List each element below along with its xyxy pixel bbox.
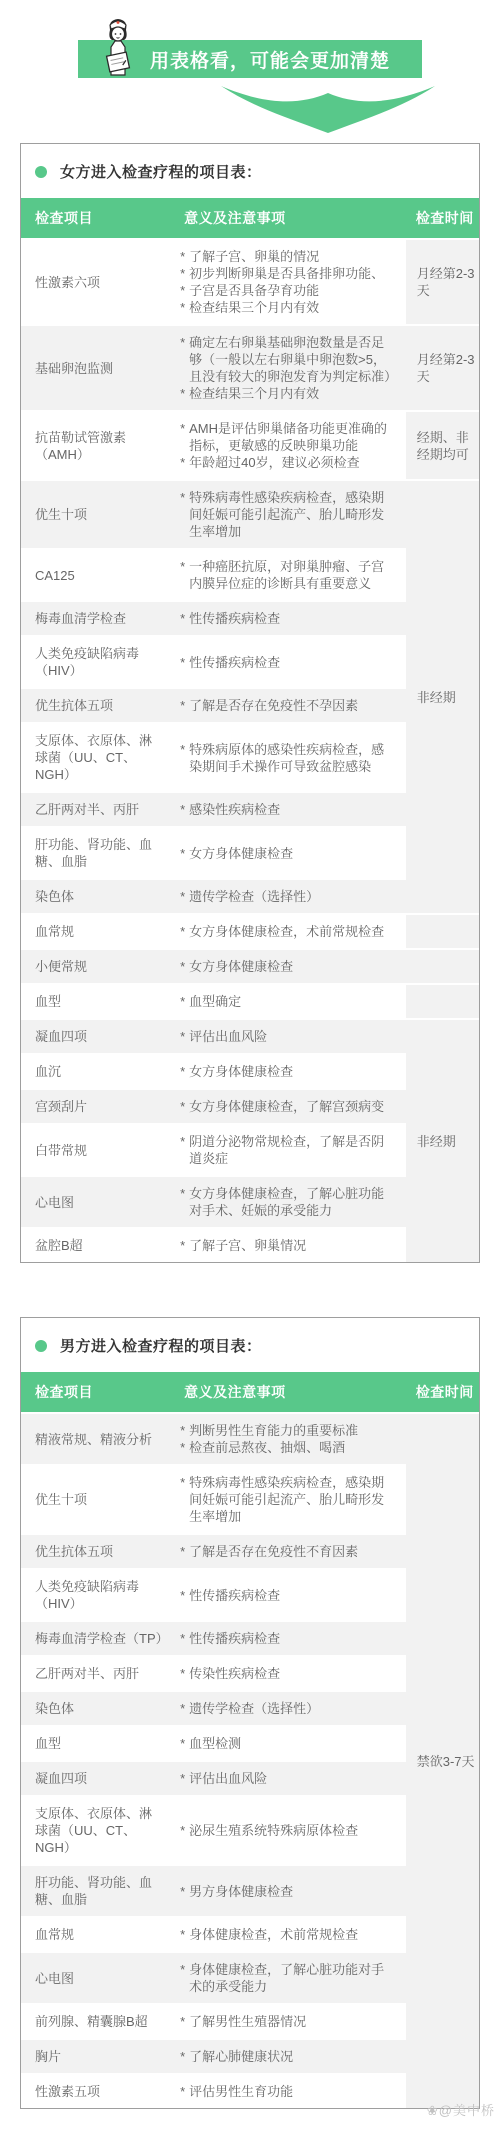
asterisk-marker: * bbox=[176, 1237, 189, 1254]
asterisk-marker: * bbox=[176, 1665, 189, 1682]
exam-item-cell: 血常规 bbox=[21, 914, 172, 949]
exam-item-cell: 基础卵泡监测 bbox=[21, 325, 172, 411]
asterisk-marker: * bbox=[176, 958, 189, 975]
note-text: 特殊病原体的感染性疾病检查，感染期间手术操作可导致盆腔感染 bbox=[189, 741, 396, 775]
notes-cell: *遗传学检查（选择性） bbox=[172, 1691, 406, 1726]
asterisk-marker: * bbox=[176, 1422, 189, 1439]
table-row: 血型*血型确定 bbox=[21, 984, 479, 1019]
column-header: 检查时间 bbox=[406, 1372, 479, 1413]
down-arrow-icon bbox=[218, 80, 438, 138]
banner-ribbon: 用表格看，可能会更加清楚 bbox=[78, 40, 422, 78]
asterisk-marker: * bbox=[176, 385, 189, 402]
asterisk-marker: * bbox=[176, 2048, 189, 2065]
note-text: 性传播疾病检查 bbox=[189, 654, 280, 671]
asterisk-marker: * bbox=[176, 1587, 189, 1604]
asterisk-marker: * bbox=[176, 1700, 189, 1717]
top-banner: 用表格看，可能会更加清楚 bbox=[78, 40, 422, 138]
notes-cell: *阴道分泌物常规检查，了解是否阴道炎症 bbox=[172, 1124, 406, 1176]
time-cell: 月经第2-3天 bbox=[406, 325, 479, 411]
header-row: 检查项目意义及注意事项检查时间 bbox=[21, 1372, 479, 1413]
asterisk-marker: * bbox=[176, 420, 189, 454]
asterisk-marker: * bbox=[176, 1822, 189, 1839]
notes-cell: *AMH是评估卵巢储备功能更准确的指标，更敏感的反映卵巢功能*年龄超过40岁，建… bbox=[172, 411, 406, 480]
note-text: 检查前忌熬夜、抽烟、喝酒 bbox=[189, 1439, 345, 1456]
exam-item-cell: 胸片 bbox=[21, 2039, 172, 2074]
exam-item-cell: 肝功能、肾功能、血糖、血脂 bbox=[21, 1865, 172, 1917]
notes-cell: *判断男性生育能力的重要标准*检查前忌熬夜、抽烟、喝酒 bbox=[172, 1413, 406, 1465]
exam-item-cell: 优生十项 bbox=[21, 480, 172, 549]
watermark-logo-icon: ❀ bbox=[427, 2103, 439, 2118]
footer: ❀@美中桥 bbox=[0, 2109, 500, 2146]
header-row: 检查项目意义及注意事项检查时间 bbox=[21, 198, 479, 239]
notes-cell: *女方身体健康检查，了解心脏功能对手术、妊娠的承受能力 bbox=[172, 1176, 406, 1228]
exam-item-cell: 乙肝两对半、丙肝 bbox=[21, 792, 172, 827]
asterisk-marker: * bbox=[176, 1883, 189, 1900]
notes-cell: *传染性疾病检查 bbox=[172, 1656, 406, 1691]
notes-cell: *女方身体健康检查 bbox=[172, 949, 406, 984]
exam-item-cell: 梅毒血清学检查（TP） bbox=[21, 1621, 172, 1656]
bullet-icon bbox=[35, 1340, 47, 1352]
asterisk-marker: * bbox=[176, 1133, 189, 1167]
exam-item-cell: 小便常规 bbox=[21, 949, 172, 984]
exam-item-cell: 优生十项 bbox=[21, 1465, 172, 1534]
exam-item-cell: 染色体 bbox=[21, 879, 172, 914]
asterisk-marker: * bbox=[176, 845, 189, 862]
exam-item-cell: 血型 bbox=[21, 984, 172, 1019]
notes-cell: *评估男性生育功能 bbox=[172, 2074, 406, 2108]
time-cell: 非经期 bbox=[406, 480, 479, 914]
notes-cell: *性传播疾病检查 bbox=[172, 601, 406, 636]
asterisk-marker: * bbox=[176, 1185, 189, 1219]
asterisk-marker: * bbox=[176, 741, 189, 775]
notes-cell: *女方身体健康检查，术前常规检查 bbox=[172, 914, 406, 949]
notes-cell: *一种癌胚抗原，对卵巢肿瘤、子宫内膜异位症的诊断具有重要意义 bbox=[172, 549, 406, 601]
note-text: AMH是评估卵巢储备功能更准确的指标，更敏感的反映卵巢功能 bbox=[189, 420, 396, 454]
time-cell bbox=[406, 949, 479, 984]
notes-cell: *了解子宫、卵巢的情况*初步判断卵巢是否具备排卵功能、*子宫是否具备孕育功能*检… bbox=[172, 239, 406, 325]
exam-item-cell: 支原体、衣原体、淋球菌（UU、CT、NGH） bbox=[21, 723, 172, 792]
nurse-icon bbox=[100, 16, 136, 78]
note-text: 女方身体健康检查 bbox=[189, 845, 293, 862]
note-text: 阴道分泌物常规检查，了解是否阴道炎症 bbox=[189, 1133, 396, 1167]
exam-item-cell: 心电图 bbox=[21, 1952, 172, 2004]
notes-cell: *血型确定 bbox=[172, 984, 406, 1019]
table-row: 凝血四项*评估出血风险非经期 bbox=[21, 1019, 479, 1054]
notes-cell: *男方身体健康检查 bbox=[172, 1865, 406, 1917]
asterisk-marker: * bbox=[176, 654, 189, 671]
asterisk-marker: * bbox=[176, 2013, 189, 2030]
note-text: 了解是否存在免疫性不育因素 bbox=[189, 1543, 358, 1560]
notes-cell: *了解是否存在免疫性不孕因素 bbox=[172, 688, 406, 723]
note-text: 性传播疾病检查 bbox=[189, 1587, 280, 1604]
notes-cell: *身体健康检查，了解心脏功能对手术的承受能力 bbox=[172, 1952, 406, 2004]
note-text: 评估出血风险 bbox=[189, 1028, 267, 1045]
asterisk-marker: * bbox=[176, 1439, 189, 1456]
asterisk-marker: * bbox=[176, 2083, 189, 2100]
note-text: 感染性疾病检查 bbox=[189, 801, 280, 818]
note-text: 年龄超过40岁，建议必须检查 bbox=[189, 454, 359, 471]
note-text: 了解心肺健康状况 bbox=[189, 2048, 293, 2065]
exam-item-cell: 性激素六项 bbox=[21, 239, 172, 325]
arrow-shape bbox=[221, 86, 435, 133]
exam-item-cell: 血常规 bbox=[21, 1917, 172, 1952]
note-text: 女方身体健康检查，了解宫颈病变 bbox=[189, 1098, 384, 1115]
table-row: 优生十项*特殊病毒性感染疾病检查，感染期间妊娠可能引起流产、胎儿畸形发生率增加非… bbox=[21, 480, 479, 549]
exam-item-cell: 人类免疫缺陷病毒（HIV） bbox=[21, 636, 172, 688]
notes-cell: *评估出血风险 bbox=[172, 1761, 406, 1796]
exam-item-cell: 血型 bbox=[21, 1726, 172, 1761]
note-text: 传染性疾病检查 bbox=[189, 1665, 280, 1682]
note-text: 身体健康检查，术前常规检查 bbox=[189, 1926, 358, 1943]
note-text: 了解是否存在免疫性不孕因素 bbox=[189, 697, 358, 714]
note-text: 评估出血风险 bbox=[189, 1770, 267, 1787]
column-header: 检查项目 bbox=[21, 1372, 172, 1413]
notes-cell: *确定左右卵巢基础卵泡数量是否足够（一般以左右卵巢中卵泡数>5，且没有较大的卵泡… bbox=[172, 325, 406, 411]
note-text: 血型确定 bbox=[189, 993, 241, 1010]
asterisk-marker: * bbox=[176, 489, 189, 540]
asterisk-marker: * bbox=[176, 1098, 189, 1115]
notes-cell: *特殊病原体的感染性疾病检查，感染期间手术操作可导致盆腔感染 bbox=[172, 723, 406, 792]
exam-item-cell: 乙肝两对半、丙肝 bbox=[21, 1656, 172, 1691]
male-exam-table-card: 男方进入检查疗程的项目表： 检查项目意义及注意事项检查时间 精液常规、精液分析*… bbox=[20, 1317, 480, 2109]
notes-cell: *特殊病毒性感染疾病检查，感染期间妊娠可能引起流产、胎儿畸形发生率增加 bbox=[172, 1465, 406, 1534]
exam-item-cell: 梅毒血清学检查 bbox=[21, 601, 172, 636]
asterisk-marker: * bbox=[176, 248, 189, 265]
exam-item-cell: 优生抗体五项 bbox=[21, 1534, 172, 1569]
notes-cell: *女方身体健康检查 bbox=[172, 827, 406, 879]
time-cell: 非经期 bbox=[406, 1019, 479, 1262]
notes-cell: *了解男性生殖器情况 bbox=[172, 2004, 406, 2039]
notes-cell: *性传播疾病检查 bbox=[172, 1621, 406, 1656]
notes-cell: *性传播疾病检查 bbox=[172, 1569, 406, 1621]
note-text: 女方身体健康检查，了解心脏功能对手术、妊娠的承受能力 bbox=[189, 1185, 396, 1219]
asterisk-marker: * bbox=[176, 1474, 189, 1525]
time-cell bbox=[406, 984, 479, 1019]
time-cell: 经期、非经期均可 bbox=[406, 411, 479, 480]
note-text: 女方身体健康检查 bbox=[189, 958, 293, 975]
exam-item-cell: 盆腔B超 bbox=[21, 1228, 172, 1262]
card-title: 女方进入检查疗程的项目表： bbox=[21, 144, 479, 198]
note-text: 检查结果三个月内有效 bbox=[189, 299, 319, 316]
asterisk-marker: * bbox=[176, 558, 189, 592]
exam-item-cell: 前列腺、精囊腺B超 bbox=[21, 2004, 172, 2039]
table-row: 血常规*女方身体健康检查，术前常规检查 bbox=[21, 914, 479, 949]
notes-cell: *了解子宫、卵巢情况 bbox=[172, 1228, 406, 1262]
asterisk-marker: * bbox=[176, 1735, 189, 1752]
exam-item-cell: 性激素五项 bbox=[21, 2074, 172, 2108]
exam-item-cell: 宫颈刮片 bbox=[21, 1089, 172, 1124]
note-text: 泌尿生殖系统特殊病原体检查 bbox=[189, 1822, 358, 1839]
exam-item-cell: CA125 bbox=[21, 549, 172, 601]
notes-cell: *了解心肺健康状况 bbox=[172, 2039, 406, 2074]
note-text: 检查结果三个月内有效 bbox=[189, 385, 319, 402]
exam-item-cell: 支原体、衣原体、淋球菌（UU、CT、NGH） bbox=[21, 1796, 172, 1865]
table-row: 性激素六项*了解子宫、卵巢的情况*初步判断卵巢是否具备排卵功能、*子宫是否具备孕… bbox=[21, 239, 479, 325]
note-text: 判断男性生育能力的重要标准 bbox=[189, 1422, 358, 1439]
female-exam-table: 检查项目意义及注意事项检查时间 性激素六项*了解子宫、卵巢的情况*初步判断卵巢是… bbox=[21, 198, 479, 1262]
notes-cell: *特殊病毒性感染疾病检查，感染期间妊娠可能引起流产、胎儿畸形发生率增加 bbox=[172, 480, 406, 549]
note-text: 子宫是否具备孕育功能 bbox=[189, 282, 319, 299]
note-text: 遗传学检查（选择性） bbox=[189, 888, 319, 905]
exam-item-cell: 优生抗体五项 bbox=[21, 688, 172, 723]
exam-item-cell: 精液常规、精液分析 bbox=[21, 1413, 172, 1465]
table-row: 精液常规、精液分析*判断男性生育能力的重要标准*检查前忌熬夜、抽烟、喝酒禁欲3-… bbox=[21, 1413, 479, 1465]
note-text: 性传播疾病检查 bbox=[189, 1630, 280, 1647]
asterisk-marker: * bbox=[176, 801, 189, 818]
notes-cell: *性传播疾病检查 bbox=[172, 636, 406, 688]
table-row: 抗苗勒试管激素（AMH）*AMH是评估卵巢储备功能更准确的指标，更敏感的反映卵巢… bbox=[21, 411, 479, 480]
note-text: 女方身体健康检查 bbox=[189, 1063, 293, 1080]
notes-cell: *血型检测 bbox=[172, 1726, 406, 1761]
watermark-text: @美中桥 bbox=[439, 2103, 495, 2118]
exam-item-cell: 凝血四项 bbox=[21, 1761, 172, 1796]
female-exam-table-card: 女方进入检查疗程的项目表： 检查项目意义及注意事项检查时间 性激素六项*了解子宫… bbox=[20, 143, 480, 1263]
asterisk-marker: * bbox=[176, 1063, 189, 1080]
note-text: 特殊病毒性感染疾病检查，感染期间妊娠可能引起流产、胎儿畸形发生率增加 bbox=[189, 1474, 396, 1525]
asterisk-marker: * bbox=[176, 888, 189, 905]
asterisk-marker: * bbox=[176, 1630, 189, 1647]
note-text: 了解子宫、卵巢的情况 bbox=[189, 248, 319, 265]
asterisk-marker: * bbox=[176, 334, 189, 385]
notes-cell: *遗传学检查（选择性） bbox=[172, 879, 406, 914]
exam-item-cell: 血沉 bbox=[21, 1054, 172, 1089]
note-text: 遗传学检查（选择性） bbox=[189, 1700, 319, 1717]
note-text: 评估男性生育功能 bbox=[189, 2083, 293, 2100]
table-row: 小便常规*女方身体健康检查 bbox=[21, 949, 479, 984]
notes-cell: *了解是否存在免疫性不育因素 bbox=[172, 1534, 406, 1569]
asterisk-marker: * bbox=[176, 610, 189, 627]
exam-item-cell: 肝功能、肾功能、血糖、血脂 bbox=[21, 827, 172, 879]
note-text: 男方身体健康检查 bbox=[189, 1883, 293, 1900]
note-text: 初步判断卵巢是否具备排卵功能、 bbox=[189, 265, 384, 282]
asterisk-marker: * bbox=[176, 1543, 189, 1560]
time-cell: 月经第2-3天 bbox=[406, 239, 479, 325]
exam-item-cell: 凝血四项 bbox=[21, 1019, 172, 1054]
asterisk-marker: * bbox=[176, 299, 189, 316]
column-header: 检查时间 bbox=[406, 198, 479, 239]
asterisk-marker: * bbox=[176, 1770, 189, 1787]
column-header: 检查项目 bbox=[21, 198, 172, 239]
asterisk-marker: * bbox=[176, 923, 189, 940]
exam-item-cell: 抗苗勒试管激素（AMH） bbox=[21, 411, 172, 480]
note-text: 身体健康检查，了解心脏功能对手术的承受能力 bbox=[189, 1961, 396, 1995]
watermark: ❀@美中桥 bbox=[427, 2100, 495, 2119]
notes-cell: *女方身体健康检查，了解宫颈病变 bbox=[172, 1089, 406, 1124]
asterisk-marker: * bbox=[176, 1926, 189, 1943]
card-title: 男方进入检查疗程的项目表： bbox=[21, 1318, 479, 1372]
note-text: 了解男性生殖器情况 bbox=[189, 2013, 306, 2030]
asterisk-marker: * bbox=[176, 282, 189, 299]
asterisk-marker: * bbox=[176, 1028, 189, 1045]
note-text: 血型检测 bbox=[189, 1735, 241, 1752]
notes-cell: *感染性疾病检查 bbox=[172, 792, 406, 827]
exam-item-cell: 心电图 bbox=[21, 1176, 172, 1228]
notes-cell: *身体健康检查，术前常规检查 bbox=[172, 1917, 406, 1952]
note-text: 确定左右卵巢基础卵泡数量是否足够（一般以左右卵巢中卵泡数>5，且没有较大的卵泡发… bbox=[189, 334, 396, 385]
note-text: 性传播疾病检查 bbox=[189, 610, 280, 627]
table-row: 基础卵泡监测*确定左右卵巢基础卵泡数量是否足够（一般以左右卵巢中卵泡数>5，且没… bbox=[21, 325, 479, 411]
table-title: 男方进入检查疗程的项目表： bbox=[60, 1335, 262, 1356]
asterisk-marker: * bbox=[176, 454, 189, 471]
notes-cell: *女方身体健康检查 bbox=[172, 1054, 406, 1089]
exam-item-cell: 染色体 bbox=[21, 1691, 172, 1726]
asterisk-marker: * bbox=[176, 265, 189, 282]
note-text: 了解子宫、卵巢情况 bbox=[189, 1237, 306, 1254]
notes-cell: *泌尿生殖系统特殊病原体检查 bbox=[172, 1796, 406, 1865]
note-text: 女方身体健康检查，术前常规检查 bbox=[189, 923, 384, 940]
column-header: 意义及注意事项 bbox=[172, 1372, 406, 1413]
column-header: 意义及注意事项 bbox=[172, 198, 406, 239]
time-cell bbox=[406, 914, 479, 949]
time-cell: 禁欲3-7天 bbox=[406, 1413, 479, 2108]
banner-title: 用表格看，可能会更加清楚 bbox=[150, 46, 390, 73]
exam-item-cell: 白带常规 bbox=[21, 1124, 172, 1176]
male-exam-table: 检查项目意义及注意事项检查时间 精液常规、精液分析*判断男性生育能力的重要标准*… bbox=[21, 1372, 479, 2108]
asterisk-marker: * bbox=[176, 697, 189, 714]
bullet-icon bbox=[35, 166, 47, 178]
table-title: 女方进入检查疗程的项目表： bbox=[60, 161, 262, 182]
exam-item-cell: 人类免疫缺陷病毒（HIV） bbox=[21, 1569, 172, 1621]
asterisk-marker: * bbox=[176, 1961, 189, 1995]
asterisk-marker: * bbox=[176, 993, 189, 1010]
note-text: 一种癌胚抗原，对卵巢肿瘤、子宫内膜异位症的诊断具有重要意义 bbox=[189, 558, 396, 592]
notes-cell: *评估出血风险 bbox=[172, 1019, 406, 1054]
note-text: 特殊病毒性感染疾病检查，感染期间妊娠可能引起流产、胎儿畸形发生率增加 bbox=[189, 489, 396, 540]
